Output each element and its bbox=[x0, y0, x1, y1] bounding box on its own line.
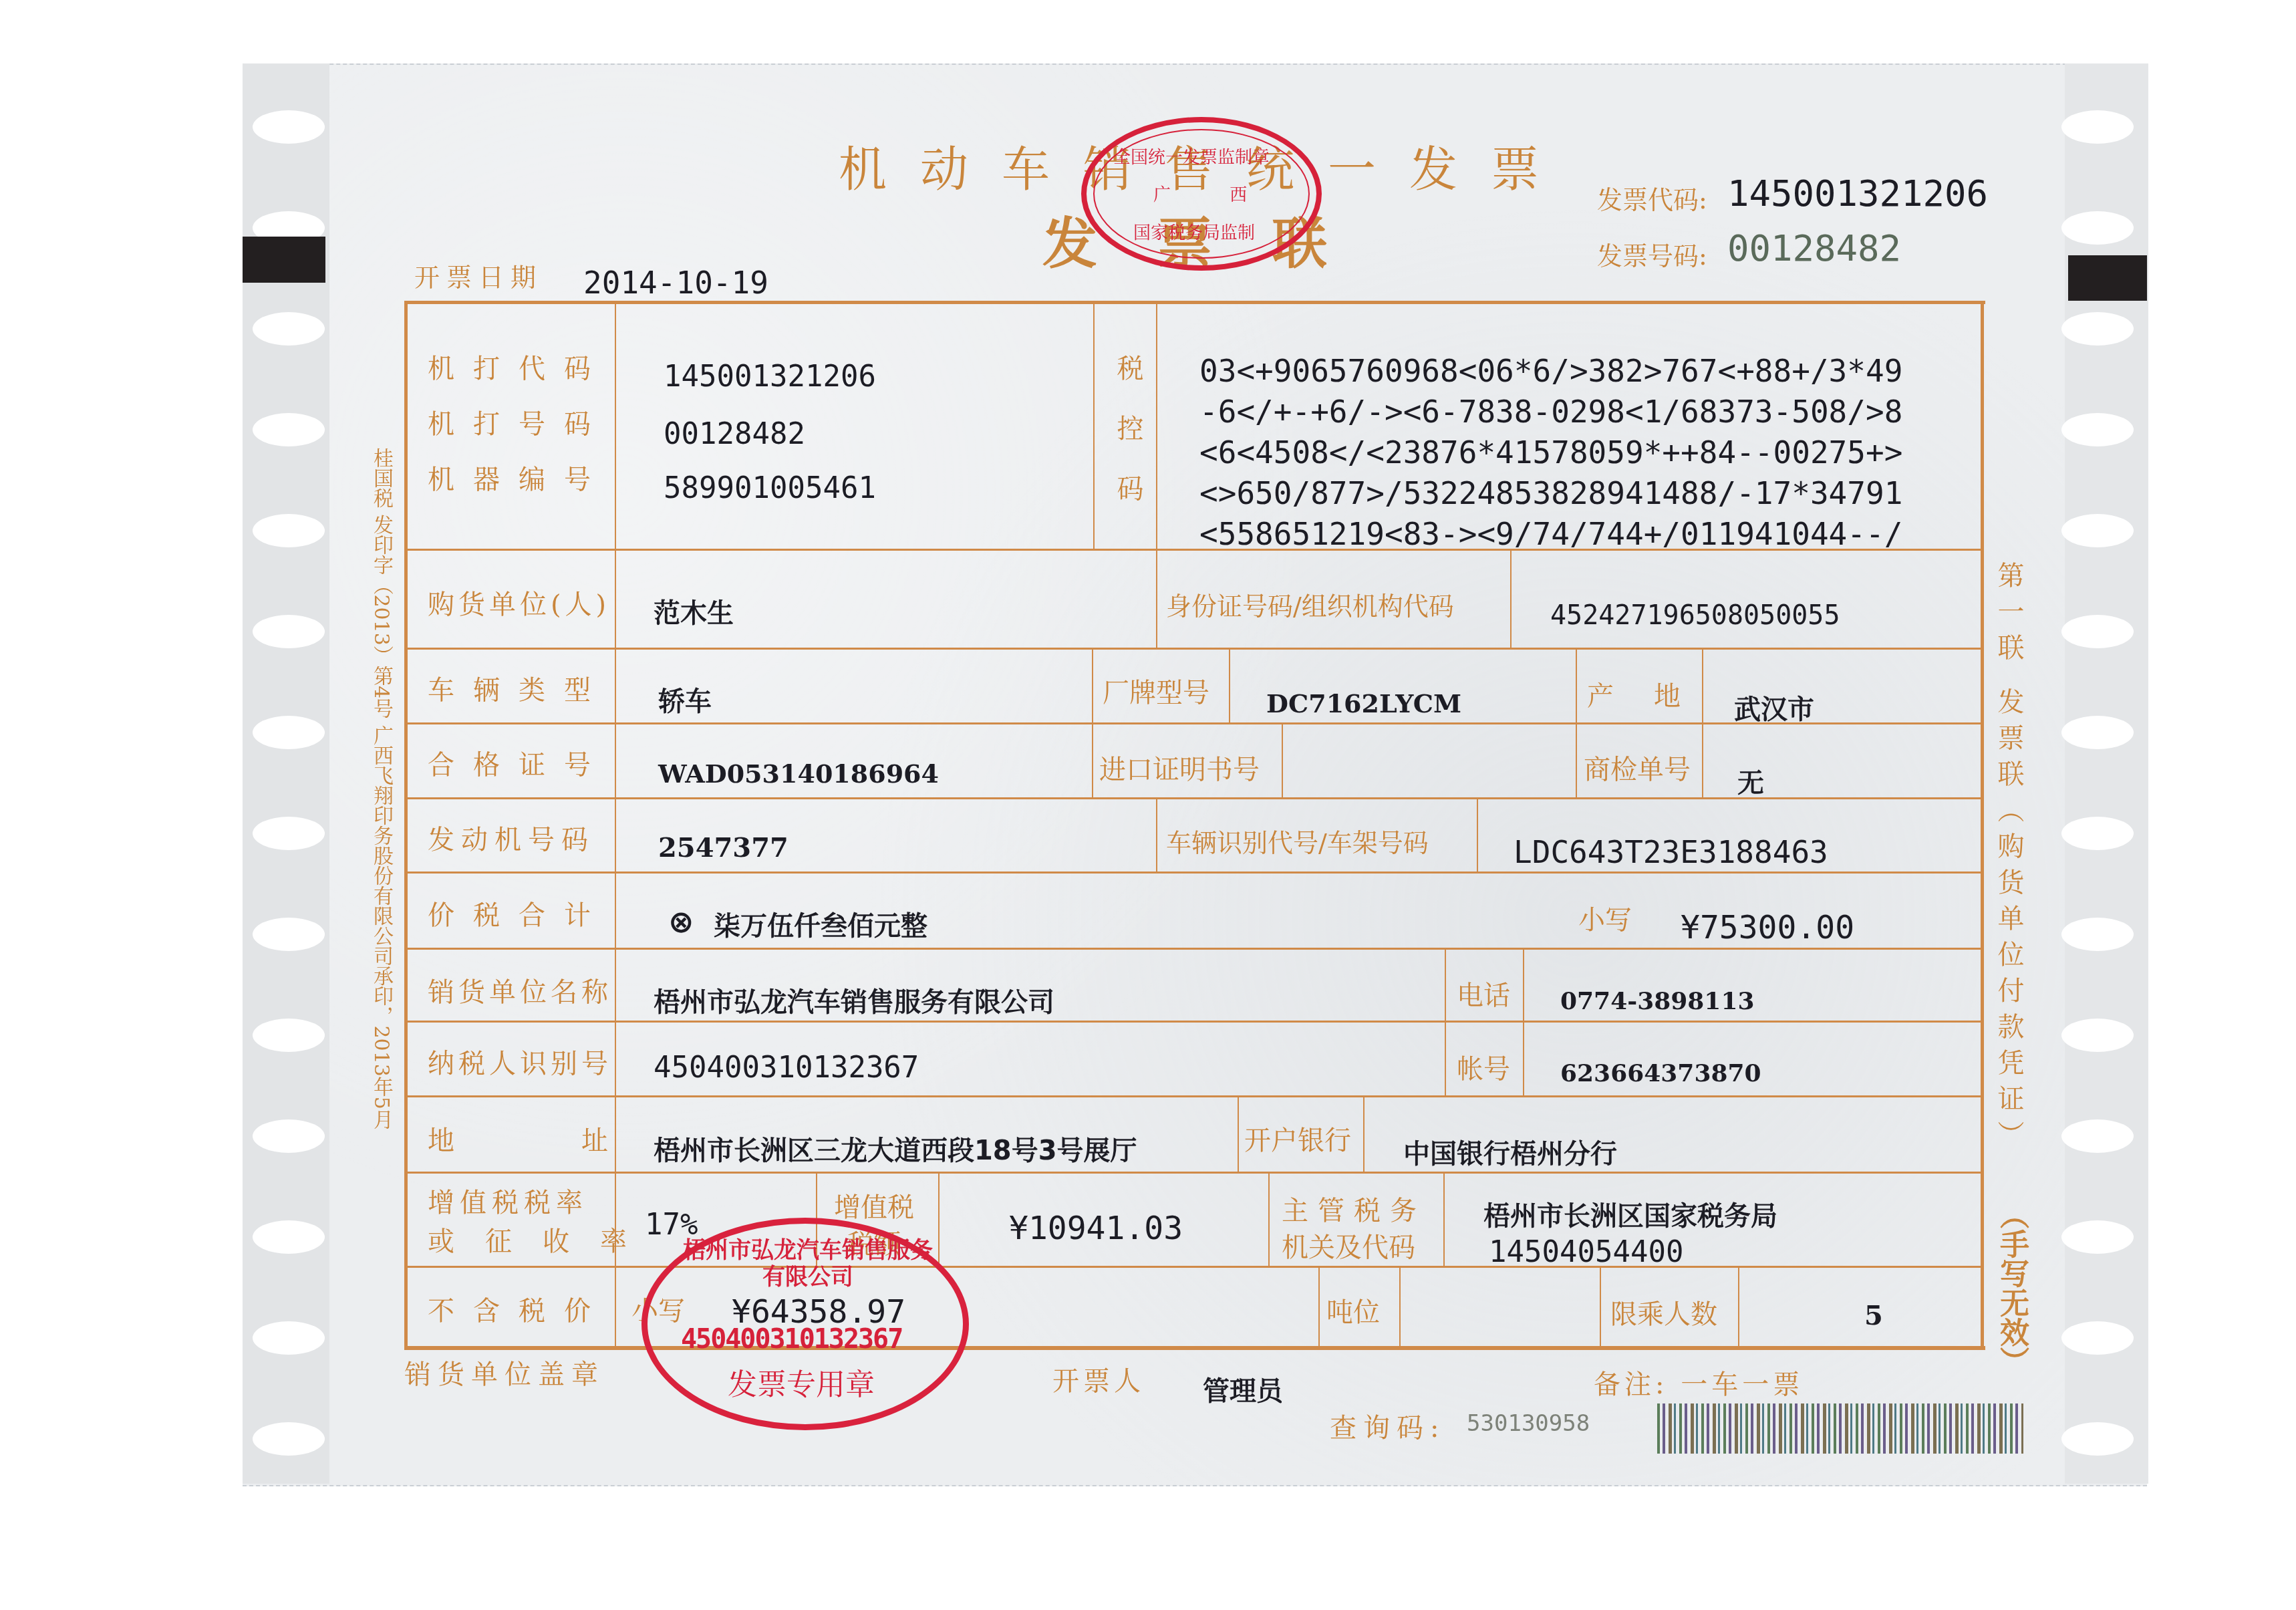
net-price-label: 不含税价 bbox=[428, 1290, 609, 1328]
seats-label: 限乘人数 bbox=[1610, 1293, 1717, 1331]
origin: 武汉市 bbox=[1734, 688, 1814, 726]
seller-seal-label: 销货单位盖章 bbox=[404, 1353, 605, 1391]
sprocket-hole bbox=[253, 716, 325, 749]
invoice-number-label: 发票号码: bbox=[1597, 235, 1707, 272]
machine-code: 145001321206 bbox=[664, 360, 876, 394]
sprocket-hole bbox=[253, 1019, 325, 1052]
issue-date: 2014-10-19 bbox=[583, 265, 768, 301]
sprocket-hole bbox=[2061, 918, 2134, 951]
sprocket-hole bbox=[253, 615, 325, 648]
total-uppercase: 柒万伍仟叁佰元整 bbox=[714, 905, 927, 943]
tax-control-line: 03<+9065760968<06*6/>382>767<+88+/3*49 bbox=[1199, 351, 1902, 392]
right-alignment-mark bbox=[2068, 255, 2147, 301]
machine-code-label: 机打代码 bbox=[428, 348, 609, 386]
sprocket-hole bbox=[253, 918, 325, 951]
tax-control-line: -6</+-+6/-><6-7838-0298<1/68373-508/>8 bbox=[1199, 392, 1902, 432]
sprocket-hole bbox=[253, 1321, 325, 1355]
sprocket-hole bbox=[2061, 716, 2134, 749]
model: DC7162LYCM bbox=[1266, 688, 1461, 718]
sprocket-hole bbox=[2061, 1422, 2134, 1456]
device-number: 589901005461 bbox=[664, 471, 876, 505]
account: 623664373870 bbox=[1560, 1059, 1761, 1087]
phone-label: 电话 bbox=[1457, 974, 1510, 1013]
sprocket-hole bbox=[2061, 1220, 2134, 1254]
seller-name: 梧州市弘龙汽车销售服务有限公司 bbox=[654, 981, 1054, 1019]
machine-number: 00128482 bbox=[664, 417, 805, 451]
query-code: 530130958 bbox=[1467, 1410, 1590, 1437]
invoice-number: 00128482 bbox=[1727, 227, 1901, 269]
taxpayer-id: 450400310132367 bbox=[654, 1051, 919, 1085]
tax-rate-label-2: 或征收率 bbox=[428, 1220, 658, 1258]
vehicle-type-label: 车辆类型 bbox=[428, 669, 609, 707]
issuer: 管理员 bbox=[1203, 1370, 1283, 1408]
stamp-bottom-text: 国家税务局监制 bbox=[1133, 219, 1255, 244]
engine-number: 2547377 bbox=[658, 832, 788, 863]
seats: 5 bbox=[1864, 1300, 1883, 1331]
total-lowercase: ¥75300.00 bbox=[1681, 909, 1854, 946]
account-label: 帐号 bbox=[1457, 1048, 1510, 1086]
vat-label-1: 增值税 bbox=[834, 1186, 914, 1224]
sprocket-hole bbox=[2061, 1321, 2134, 1355]
cert-number: WAD053140186964 bbox=[658, 759, 939, 789]
tax-control-label: 税控码 bbox=[1109, 354, 1147, 535]
tax-rate-label-1: 增值税税率 bbox=[428, 1182, 588, 1220]
handwriting-invalid-note: （手写无效） bbox=[1990, 1200, 2033, 1376]
printer-note: 桂国税 发印字（2013）第4号 广西飞翔印务股份有限公司承印，2013年5月 bbox=[366, 448, 396, 1129]
issue-date-label: 开票日期 bbox=[414, 257, 543, 293]
tax-authority: 梧州市长洲区国家税务局 bbox=[1483, 1195, 1777, 1233]
sprocket-hole bbox=[253, 514, 325, 547]
buyer-id: 452427196508050055 bbox=[1550, 600, 1840, 631]
tax-control-line: <>650/877>/53224853828941488/-17*34791 bbox=[1199, 473, 1902, 514]
cert-label: 合格证号 bbox=[428, 744, 609, 782]
seller-stamp-taxid: 450400310132367 bbox=[681, 1324, 902, 1355]
authority-label-1: 主管税务 bbox=[1282, 1190, 1426, 1228]
vat-amount: ¥10941.03 bbox=[1009, 1210, 1183, 1247]
total-lowercase-label: 小写 bbox=[1578, 899, 1632, 937]
authority-label-2: 机关及代码 bbox=[1282, 1226, 1415, 1264]
bank: 中国银行梧州分行 bbox=[1403, 1133, 1617, 1171]
sprocket-hole bbox=[253, 1220, 325, 1254]
sprocket-hole bbox=[253, 312, 325, 346]
left-alignment-mark bbox=[243, 237, 325, 283]
inspection-label: 商检单号 bbox=[1584, 749, 1691, 787]
vin: LDC643T23E3188463 bbox=[1514, 834, 1828, 870]
invoice-code: 145001321206 bbox=[1727, 172, 1988, 215]
total-label: 价税合计 bbox=[428, 894, 609, 932]
buyer-label: 购货单位(人) bbox=[428, 583, 610, 622]
seller-stamp-caption: 发票专用章 bbox=[728, 1361, 875, 1403]
remark: 备注: 一车一票 bbox=[1594, 1363, 1804, 1401]
barcode bbox=[1657, 1403, 2023, 1454]
sprocket-hole bbox=[253, 413, 325, 446]
stamp-region: 广 西 bbox=[1153, 181, 1274, 206]
buyer-id-label: 身份证号码/组织机构代码 bbox=[1166, 585, 1454, 622]
sprocket-hole bbox=[253, 817, 325, 850]
phone: 0774-3898113 bbox=[1560, 987, 1754, 1015]
query-code-label: 查询码: bbox=[1330, 1407, 1445, 1445]
vehicle-type: 轿车 bbox=[658, 680, 712, 718]
sprocket-hole bbox=[2061, 211, 2134, 245]
inspection: 无 bbox=[1737, 762, 1764, 800]
vin-label: 车辆识别代号/车架号码 bbox=[1166, 822, 1429, 859]
tax-authority-code: 14504054400 bbox=[1489, 1235, 1683, 1269]
sprocket-hole bbox=[2061, 615, 2134, 648]
bank-label: 开户银行 bbox=[1244, 1119, 1351, 1158]
sprocket-hole bbox=[2061, 413, 2134, 446]
tax-supervision-stamp: 全国统一发票监制章 广 西 国家税务局监制 bbox=[1081, 117, 1322, 271]
origin-label: 产地 bbox=[1587, 675, 1721, 713]
issuer-label: 开票人 bbox=[1052, 1360, 1145, 1398]
buyer-name: 范木生 bbox=[654, 592, 734, 630]
sprocket-hole bbox=[2061, 110, 2134, 144]
sprocket-hole bbox=[253, 110, 325, 144]
total-symbol: ⊗ bbox=[668, 904, 694, 940]
tax-control-code: 03<+9065760968<06*6/>382>767<+88+/3*49 -… bbox=[1199, 351, 1902, 555]
sprocket-hole bbox=[2061, 817, 2134, 850]
sprocket-hole bbox=[2061, 312, 2134, 346]
tax-control-line: <6<4508</<23876*41578059*++84--00275+> bbox=[1199, 432, 1902, 473]
sprocket-hole bbox=[2061, 514, 2134, 547]
copy-note: 第一联 发票联（购货单位付款凭证） bbox=[1990, 561, 2028, 1157]
sprocket-hole bbox=[253, 1422, 325, 1456]
sprocket-hole bbox=[2061, 1119, 2134, 1153]
stamp-top-text: 全国统一发票监制章 bbox=[1113, 144, 1270, 168]
sprocket-hole bbox=[2061, 1019, 2134, 1052]
seller-name-label: 销货单位名称 bbox=[428, 971, 612, 1009]
engine-label: 发动机号码 bbox=[428, 819, 595, 857]
sprocket-hole bbox=[253, 1119, 325, 1153]
address: 梧州市长洲区三龙大道西段18号3号展厅 bbox=[654, 1129, 1137, 1168]
import-cert-label: 进口证明书号 bbox=[1099, 749, 1260, 787]
device-number-label: 机器编号 bbox=[428, 458, 609, 497]
seller-stamp-arc-text: 梧州市弘龙汽车销售服务有限公司 bbox=[674, 1237, 942, 1291]
seller-invoice-stamp: 梧州市弘龙汽车销售服务有限公司 450400310132367 发票专用章 bbox=[641, 1218, 969, 1430]
tax-control-line: <558651219<83-><9/74/744+/011941044--/ bbox=[1199, 514, 1902, 555]
model-label: 厂牌型号 bbox=[1103, 672, 1209, 710]
machine-number-label: 机打号码 bbox=[428, 403, 609, 441]
invoice-code-label: 发票代码: bbox=[1597, 179, 1707, 216]
tonnage-label: 吨位 bbox=[1326, 1291, 1380, 1329]
taxpayer-id-label: 纳税人识别号 bbox=[428, 1043, 612, 1081]
